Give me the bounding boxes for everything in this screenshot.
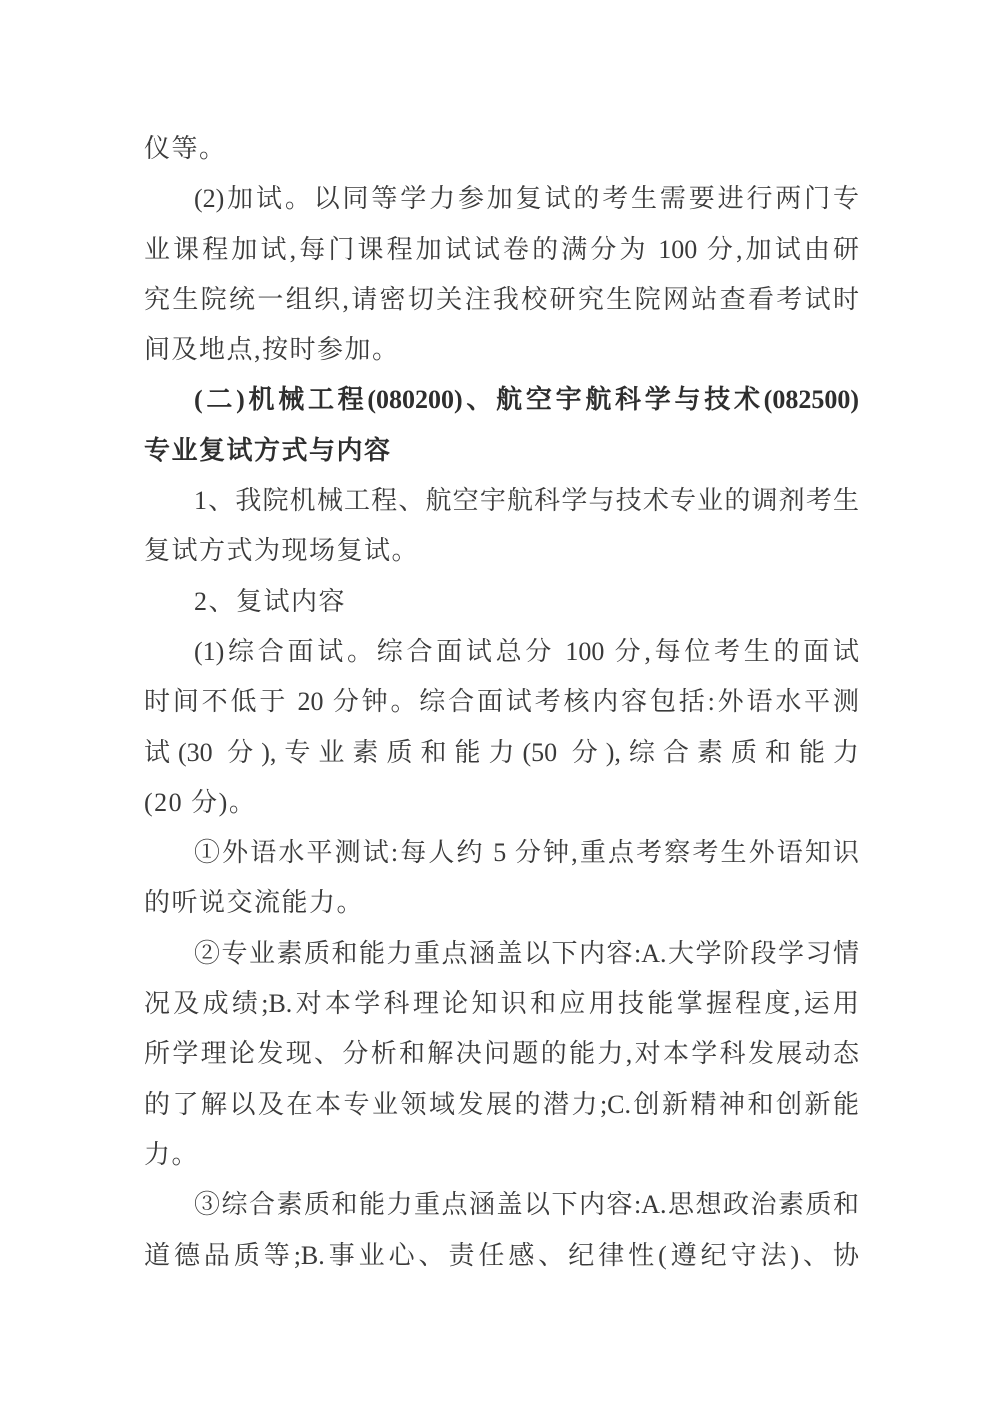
text-line: 2、复试内容 bbox=[144, 577, 859, 627]
body-paragraph: (1)综合面试。综合面试总分 100 分,每位考生的面试时间不低于 20 分钟。… bbox=[144, 627, 859, 828]
section-heading-paragraph: (二)机械工程(080200)、航空宇航科学与技术(082500)专业复试方式与… bbox=[144, 375, 859, 476]
text-line: 间及地点,按时参加。 bbox=[144, 325, 859, 375]
body-paragraph: ②专业素质和能力重点涵盖以下内容:A.大学阶段学习情况及成绩;B.对本学科理论知… bbox=[144, 929, 859, 1180]
text-line: 复试方式为现场复试。 bbox=[144, 526, 859, 576]
text-line: 道德品质等;B.事业心、责任感、纪律性(遵纪守法)、协 bbox=[144, 1231, 859, 1281]
text-line: 专业复试方式与内容 bbox=[144, 426, 859, 476]
text-line: 的听说交流能力。 bbox=[144, 878, 859, 928]
text-line: 试(30 分),专业素质和能力(50 分),综合素质和能力 bbox=[144, 728, 859, 778]
body-paragraph: (2)加试。以同等学力参加复试的考生需要进行两门专业课程加试,每门课程加试试卷的… bbox=[144, 174, 859, 375]
body-paragraph: ③综合素质和能力重点涵盖以下内容:A.思想政治素质和道德品质等;B.事业心、责任… bbox=[144, 1180, 859, 1281]
body-paragraph: 1、我院机械工程、航空宇航科学与技术专业的调剂考生复试方式为现场复试。 bbox=[144, 476, 859, 577]
text-line: 业课程加试,每门课程加试试卷的满分为 100 分,加试由研 bbox=[144, 225, 859, 275]
body-paragraph: 2、复试内容 bbox=[144, 577, 859, 627]
text-line: (二)机械工程(080200)、航空宇航科学与技术(082500) bbox=[144, 375, 859, 425]
body-paragraph: 仪等。 bbox=[144, 124, 859, 174]
text-line: (20 分)。 bbox=[144, 778, 859, 828]
document-text: 仪等。(2)加试。以同等学力参加复试的考生需要进行两门专业课程加试,每门课程加试… bbox=[144, 124, 859, 1281]
text-line: ③综合素质和能力重点涵盖以下内容:A.思想政治素质和 bbox=[144, 1180, 859, 1230]
text-line: ②专业素质和能力重点涵盖以下内容:A.大学阶段学习情 bbox=[144, 929, 859, 979]
text-line: 的了解以及在本专业领域发展的潜力;C.创新精神和创新能 bbox=[144, 1080, 859, 1130]
text-line: 究生院统一组织,请密切关注我校研究生院网站查看考试时 bbox=[144, 275, 859, 325]
text-line: ①外语水平测试:每人约 5 分钟,重点考察考生外语知识 bbox=[144, 828, 859, 878]
text-line: 所学理论发现、分析和解决问题的能力,对本学科发展动态 bbox=[144, 1029, 859, 1079]
text-line: 1、我院机械工程、航空宇航科学与技术专业的调剂考生 bbox=[144, 476, 859, 526]
text-line: (1)综合面试。综合面试总分 100 分,每位考生的面试 bbox=[144, 627, 859, 677]
text-line: 仪等。 bbox=[144, 124, 859, 174]
text-line: 力。 bbox=[144, 1130, 859, 1180]
body-paragraph: ①外语水平测试:每人约 5 分钟,重点考察考生外语知识的听说交流能力。 bbox=[144, 828, 859, 929]
document-page: 仪等。(2)加试。以同等学力参加复试的考生需要进行两门专业课程加试,每门课程加试… bbox=[0, 0, 1000, 1414]
text-line: 况及成绩;B.对本学科理论知识和应用技能掌握程度,运用 bbox=[144, 979, 859, 1029]
text-line: (2)加试。以同等学力参加复试的考生需要进行两门专 bbox=[144, 174, 859, 224]
text-line: 时间不低于 20 分钟。综合面试考核内容包括:外语水平测 bbox=[144, 677, 859, 727]
